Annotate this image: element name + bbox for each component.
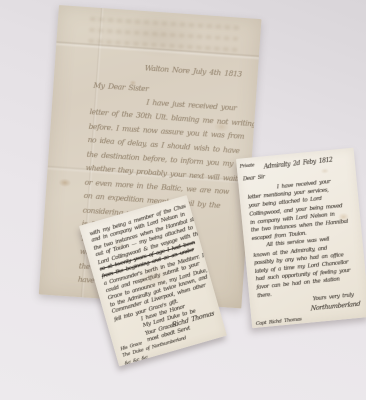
handwriting-line: Capt Richd Thomas (255, 315, 301, 328)
handwriting-line: Walton Nore July 4th 1813 (144, 61, 242, 81)
handwriting-line: Admiralty 2d Feby 1812 (264, 157, 333, 172)
letter-annotation: Private (239, 162, 254, 172)
letter-body: I have received your letter mentioning y… (247, 176, 364, 300)
ink-bleed-through-line (89, 28, 238, 41)
letter-date-line: Walton Nore July 4th 1813 (144, 61, 242, 82)
letter-reply-admiralty: Private Admiralty 2d Feby 1812 Dear Sir … (236, 148, 366, 329)
handwriting-line: Dear Sir (243, 173, 265, 183)
letter-docket: Capt Richd Thomas (256, 315, 302, 328)
letter-date-line: Admiralty 2d Feby 1812 (264, 157, 333, 172)
ink-bleed-through-line (90, 17, 239, 30)
ink-bleed-through-line (88, 39, 237, 52)
ink-bleed-through (88, 16, 239, 59)
photograph-of-letters: Walton Nore July 4th 1813 My Dear Sister… (0, 0, 366, 400)
letter-salutation: Dear Sir (243, 173, 265, 183)
handwriting-line: Private (239, 162, 254, 172)
